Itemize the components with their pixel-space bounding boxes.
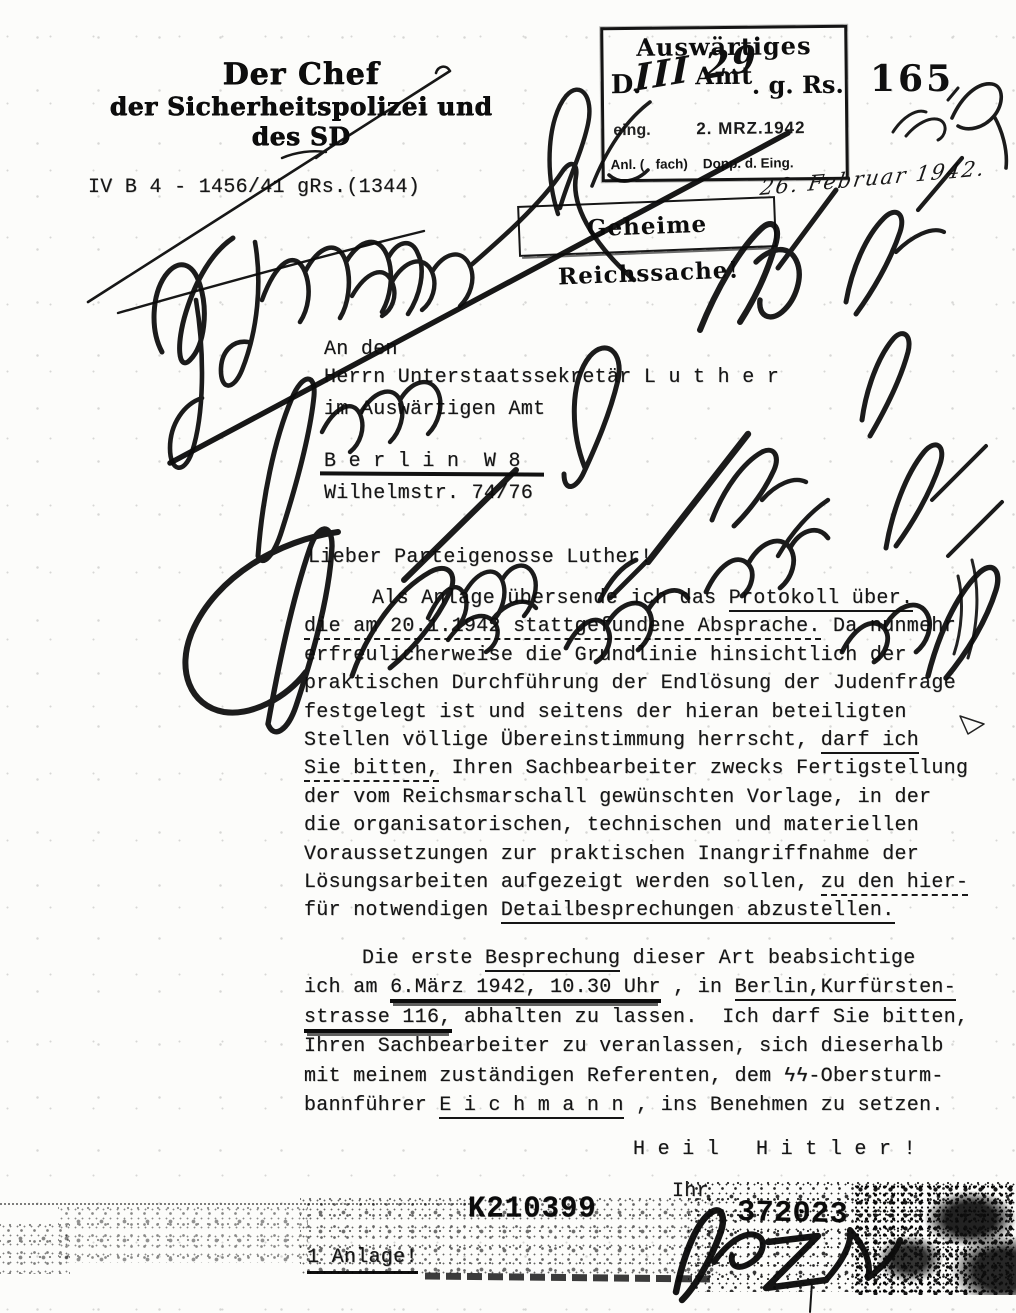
stamp-file-suffix: . g. Rs. [752,70,844,100]
text: Voraussetzungen zur praktischen Inangrif… [304,843,919,866]
reference-number: IV B 4 - 1456/41 gRs.(1344) [88,176,420,199]
ink-blob-bottom-right [853,1183,1016,1295]
underlined-text: Berlin,Kurfürsten- [735,976,956,1001]
text: festgelegt ist und seitens der hieran be… [304,701,907,724]
body-line: Stellen völlige Übereinstimmung herrscht… [304,727,1004,755]
scanned-letter-page: Der Chef der Sicherheitspolizei und des … [0,0,1016,1313]
registry-number-right: 372023 [737,1196,849,1232]
text: erfreulicherweise die Grundlinie hinsich… [304,644,907,667]
body-line: Die erste Besprechung dieser Art beabsic… [304,944,1004,973]
underlined-text: Sie bitten, [304,757,439,782]
text: der vom Reichsmarschall gewünschten Vorl… [304,786,931,809]
stamp-enclosure-line: Anl. ( fach) Dopp. d. Eing. [611,155,794,172]
text: Als Anlage übersende ich das [372,587,729,610]
text: bannführer [304,1094,439,1117]
body-line: Lösungsarbeiten aufgezeigt werden sollen… [304,869,1004,897]
body-paragraph-1: Als Anlage übersende ich das Protokoll ü… [304,585,1004,926]
body-line: Voraussetzungen zur praktischen Inangrif… [304,841,1004,869]
text: Lösungsarbeiten aufgezeigt werden sollen… [304,871,821,894]
body-line: Als Anlage übersende ich das Protokoll ü… [304,585,1004,613]
text: , ins Benehmen zu setzen. [624,1094,944,1117]
stamp-received-label: eing. [613,122,651,140]
letterhead-line2: der Sicherheitspolizei und des SD [96,92,506,152]
body-line: bannführer E i c h m a n n , ins Benehme… [304,1091,1004,1120]
noise-band-left [58,1205,308,1263]
text: ich am [304,976,390,999]
body-line: Sie bitten, Ihren Sachbearbeiter zwecks … [304,755,1004,783]
registry-number-left: K210399 [468,1191,597,1226]
underlined-text: darf ich [821,729,919,754]
body-line: mit meinem zuständigen Referenten, dem ϟ… [304,1062,1004,1091]
closing-salute: H e i l H i t l e r ! [633,1138,916,1161]
salutation: Lieber Parteigenosse Luther! [308,546,652,569]
text: mit meinem zuständigen Referenten, dem ϟ… [304,1065,944,1088]
text: Die erste [362,947,485,970]
underlined-text: E i c h m a n n [439,1094,624,1119]
body-line: für notwendigen Detailbesprechungen abzu… [304,897,1004,925]
text: praktischen Durchführung der Endlösung d… [304,672,956,695]
archive-page-number: 165 [870,58,954,100]
letterhead-line1: Der Chef [96,58,506,92]
underlined-text: die am 20.1.1942 stattgefundene Absprach… [304,615,821,640]
underlined-text: Besprechung [485,947,620,972]
address-line: An den [324,338,398,361]
address-line: B e r l i n W 8 [324,450,521,473]
scan-dotted-line [0,1203,470,1205]
underlined-text: Protokoll über. [729,587,914,612]
body-line: strasse 116, abhalten zu lassen. Ich dar… [304,1003,1004,1032]
text: abhalten zu lassen. Ich darf Sie bitten, [452,1006,969,1029]
secrecy-stamp: Geheime Reichssache! [517,196,777,257]
text: die organisatorischen, technischen und m… [304,814,919,837]
text: , in [661,976,735,999]
underlined-text: Detailbesprechungen abzustellen. [501,899,895,924]
underlined-text: zu den hier- [821,871,969,896]
body-line: erfreulicherweise die Grundlinie hinsich… [304,642,1004,670]
body-line: die am 20.1.1942 stattgefundene Absprach… [304,613,1004,641]
enclosure-note: 1 Anlage! [307,1246,418,1274]
underlined-text: strasse 116, [304,1006,452,1033]
text: Ihren Sachbearbeiter zu veranlassen, sic… [304,1035,944,1058]
letterhead: Der Chef der Sicherheitspolizei und des … [96,58,506,152]
body-line: Ihren Sachbearbeiter zu veranlassen, sic… [304,1032,1004,1061]
body-line: ich am 6.März 1942, 10.30 Uhr , in Berli… [304,973,1004,1002]
address-line: im Auswärtigen Amt [324,398,545,421]
address-line: Herrn Unterstaatssekretär L u t h e r [324,366,779,389]
text: Stellen völlige Übereinstimmung herrscht… [304,729,821,752]
body-paragraph-2: Die erste Besprechung dieser Art beabsic… [304,944,1004,1120]
noise-edge-left [0,1222,70,1274]
city-underline [320,471,544,476]
body-line: der vom Reichsmarschall gewünschten Vorl… [304,784,1004,812]
text: für notwendigen [304,899,501,922]
address-line: Wilhelmstr. 74/76 [324,482,533,505]
receipt-stamp-box: Auswärtiges Amt D. III 29 . g. Rs. eing.… [600,25,849,183]
body-line: praktischen Durchführung der Endlösung d… [304,670,1004,698]
stamp-received-date: 2. MRZ.1942 [696,118,805,139]
body-line: die organisatorischen, technischen und m… [304,812,1004,840]
underlined-text: 6.März 1942, 10.30 Uhr [390,976,661,1003]
text: Da nunmehr [821,615,956,638]
body-line: festgelegt ist und seitens der hieran be… [304,699,1004,727]
ink-smear-line [425,1273,710,1283]
closing-pronoun: Ihr [672,1180,709,1203]
text: dieser Art beabsichtige [620,947,915,970]
text: Ihren Sachbearbeiter zwecks Fertigstellu… [439,757,968,780]
